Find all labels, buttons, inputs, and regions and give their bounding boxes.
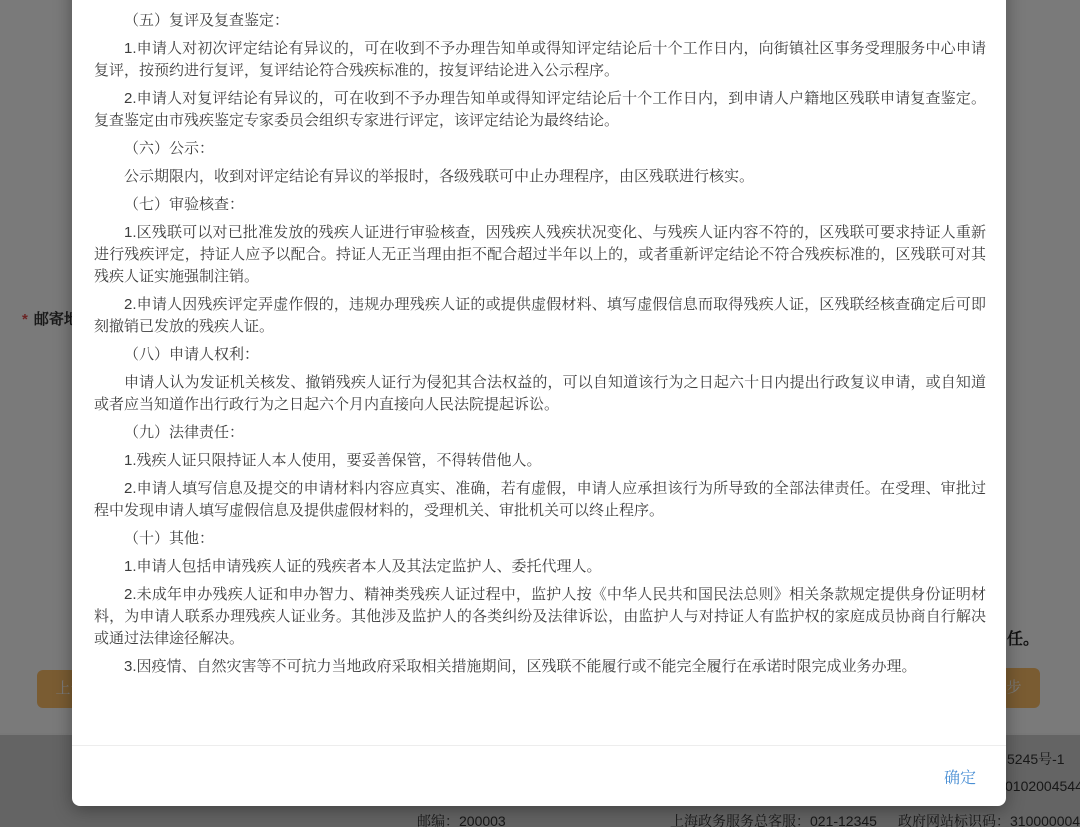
terms-paragraph: 1.申请人对初次评定结论有异议的，可在收到不予办理告知单或得知评定结论后十个工作… [94, 38, 986, 82]
terms-paragraph: 2.申请人填写信息及提交的申请材料内容应真实、准确，若有虚假，申请人应承担该行为… [94, 478, 986, 522]
terms-paragraph: 1.区残联可以对已批准发放的残疾人证进行审验核查，因残疾人残疾状况变化、与残疾人… [94, 222, 986, 288]
terms-paragraph: （七）审验核查： [94, 194, 986, 216]
terms-paragraph: 2.未成年申办残疾人证和申办智力、精神类残疾人证过程中，监护人按《中华人民共和国… [94, 584, 986, 650]
terms-paragraph: （五）复评及复查鉴定： [94, 10, 986, 32]
terms-paragraph: 申请人认为发证机关核发、撤销残疾人证行为侵犯其合法权益的，可以自知道该行为之日起… [94, 372, 986, 416]
terms-paragraph: 2.申请人因残疾评定弄虚作假的，违规办理残疾人证的或提供虚假材料、填写虚假信息而… [94, 294, 986, 338]
terms-paragraph: （九）法律责任： [94, 422, 986, 444]
terms-paragraph: （十）其他： [94, 528, 986, 550]
confirm-button[interactable]: 确定 [944, 765, 976, 788]
terms-content: （五）复评及复查鉴定：1.申请人对初次评定结论有异议的，可在收到不予办理告知单或… [72, 0, 1006, 745]
screen: *邮寄地址 上一步 下一步 任。 适老化 无障碍服务 5245号-1 01020… [0, 0, 1080, 827]
terms-paragraph: 公示期限内，收到对评定结论有异议的举报时，各级残联可中止办理程序，由区残联进行核… [94, 166, 986, 188]
terms-paragraph: 1.申请人包括申请残疾人证的残疾者本人及其法定监护人、委托代理人。 [94, 556, 986, 578]
terms-modal-footer: 确定 [72, 745, 1006, 806]
terms-paragraph: 3.因疫情、自然灾害等不可抗力当地政府采取相关措施期间，区残联不能履行或不能完全… [94, 656, 986, 678]
terms-paragraph: （八）申请人权利： [94, 344, 986, 366]
terms-paragraph: 2.申请人对复评结论有异议的，可在收到不予办理告知单或得知评定结论后十个工作日内… [94, 88, 986, 132]
terms-paragraph: 1.残疾人证只限持证人本人使用，要妥善保管，不得转借他人。 [94, 450, 986, 472]
terms-modal: （五）复评及复查鉴定：1.申请人对初次评定结论有异议的，可在收到不予办理告知单或… [72, 0, 1006, 806]
terms-paragraph: （六）公示： [94, 138, 986, 160]
